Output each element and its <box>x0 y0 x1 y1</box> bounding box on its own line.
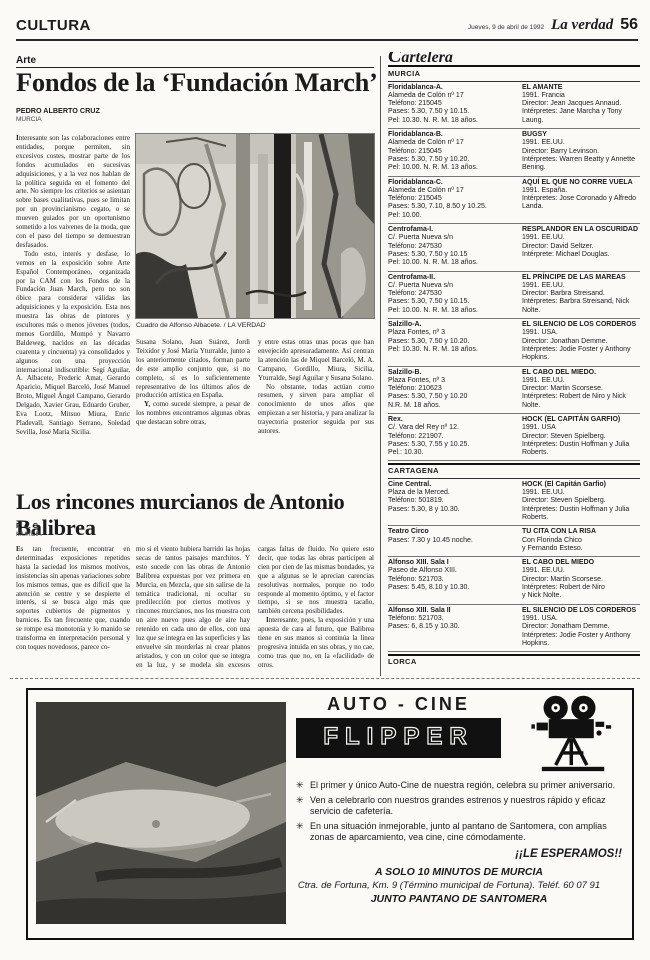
venue-details: Paseo de Alfonso XIII. Teléfono: 521703.… <box>388 567 514 592</box>
image-caption: Cuadro de Alfonso Albacete. / LA VERDAD <box>136 322 374 329</box>
article1-column-2: Susana Solano, Juan Suárez, Jordi Teixid… <box>136 338 250 488</box>
film-details: 1991. Francia Director: Jean Jacques Ann… <box>522 92 640 125</box>
cartelera-title: Cartelera <box>388 52 640 67</box>
film-title: RESPLANDOR EN LA OSCURIDAD <box>522 226 640 234</box>
venue-details: C/. Puerta Nueva s/n Teléfono: 247530 Pa… <box>388 282 514 315</box>
listing-entry: Cine Central.Plaza de la Merced. Teléfon… <box>388 479 640 526</box>
film-title: EL SILENCIO DE LOS CORDEROS <box>522 321 640 329</box>
film-details: 1991. USA. Director: Jonathan Demme. Int… <box>522 329 640 362</box>
byline-author: P. A. C. <box>16 521 42 530</box>
city-header-cartagena: CARTAGENA <box>388 463 640 478</box>
venue-details: Pases: 7.30 y 10.45 noche. <box>388 537 514 545</box>
paragraph: Y, como sucede siempre, a pesar de los n… <box>136 400 250 427</box>
film-details: 1991. EE.UU. Director: Martin Scorsese. … <box>522 377 640 410</box>
film-title: BUGSY <box>522 131 640 139</box>
venue-details: Alameda de Colón nº 17 Teléfono: 215045 … <box>388 139 514 172</box>
venue-name: Centrofama-II. <box>388 274 514 282</box>
paragraph: mo si el viento hubiera barrido las hoja… <box>136 545 250 671</box>
listing-entry: Rex.C/. Vara del Rey nº 12. Teléfono: 22… <box>388 414 640 461</box>
listing-entry: Floridablanca-C.Alameda de Colón nº 17 T… <box>388 177 640 224</box>
film-details: 1991. EE.UU. Director: Martin Scorsese. … <box>522 567 640 600</box>
column-divider <box>380 56 381 676</box>
paragraph: Todo esto, interés y desfase, lo vemos e… <box>16 250 130 437</box>
venue-name: Cine Central. <box>388 481 514 489</box>
city-header-lorca: LORCA <box>388 654 640 666</box>
listing-entry: Teatro CircoPases: 7.30 y 10.45 noche. T… <box>388 526 640 557</box>
article1-headline: Fondos de la ‘Fundación March’ <box>16 67 380 98</box>
article2-byline: P. A. C. MURCIA <box>16 521 42 538</box>
paragraph: Interesante, pues, la exposición y una a… <box>258 616 374 669</box>
film-title: TU CITA CON LA RISA <box>522 528 640 536</box>
listing-entry: Centrofama-I.C/. Puerta Nueva s/n Teléfo… <box>388 224 640 271</box>
listing-entry: Alfonso XIII. Sala IITeléfono: 521703. P… <box>388 605 640 652</box>
film-details: 1991. USA Director: Steven Spielberg. In… <box>522 424 640 457</box>
film-title: HOCK (EL CAPITÁN GARFIO) <box>522 416 640 424</box>
film-title: EL AMANTE <box>522 84 640 92</box>
film-title: EL CABO DEL MIEDO. <box>522 369 640 377</box>
byline-place: MURCIA <box>16 116 100 123</box>
star-bullet-icon: ✳ <box>296 780 305 792</box>
venue-details: Teléfono: 521703. Pases: 6, 8.15 y 10.30… <box>388 615 514 632</box>
newspaper-page: CULTURA Jueves, 9 de abril de 1992 La ve… <box>0 0 650 960</box>
venue-name: Teatro Circo <box>388 528 514 536</box>
venue-name: Rex. <box>388 416 514 424</box>
page-header: CULTURA Jueves, 9 de abril de 1992 La ve… <box>16 16 638 41</box>
venue-name: Floridablanca-A. <box>388 84 514 92</box>
listing-entry: Salzillo-A.Plaza Fontes, nº 3 Pases: 5.3… <box>388 319 640 366</box>
listing-entry: Alfonso XIII. Sala IPaseo de Alfonso XII… <box>388 557 640 604</box>
ad-location-line: JUNTO PANTANO DE SANTOMERA <box>296 893 622 905</box>
paragraph: y entre estas otras unas pocas que han e… <box>258 338 374 383</box>
film-title: HOCK (El Capitán Garfio) <box>522 481 640 489</box>
ad-bullet-list: ✳El primer y único Auto-Cine de nuestra … <box>296 780 622 844</box>
header-right: Jueves, 9 de abril de 1992 La verdad 56 <box>468 16 638 34</box>
ad-distance-line: A SOLO 10 MINUTOS DE MURCIA <box>296 866 622 878</box>
byline-place: MURCIA <box>16 531 42 538</box>
ad-content: AUTO - CINE FLIPPER ✳El primer <box>296 694 622 905</box>
page-number: 56 <box>620 16 638 34</box>
film-details: 1991. EE.UU. Director: David Seltzer. In… <box>522 234 640 259</box>
venue-name: Floridablanca-B. <box>388 131 514 139</box>
masthead: La verdad <box>551 17 613 34</box>
listing-entry: Floridablanca-B.Alameda de Colón nº 17 T… <box>388 129 640 176</box>
venue-details: C/. Puerta Nueva s/n Teléfono: 247530 Pa… <box>388 234 514 267</box>
paragraph: cargas faltas de fluido. No quiere esto … <box>258 545 374 616</box>
article2-column-2: mo si el viento hubiera barrido las hoja… <box>136 545 250 671</box>
article2-headline: Los rincones murcianos de Antonio Balibr… <box>16 489 382 541</box>
ad-bullet: ✳En una situación inmejorable, junto al … <box>296 821 622 844</box>
section-title: CULTURA <box>16 17 91 34</box>
film-details: 1991. USA. Director: Jonatham Demme. Int… <box>522 615 640 648</box>
article1-byline: PEDRO ALBERTO CRUZ MURCIA <box>16 106 100 123</box>
film-title: EL SILENCIO DE LOS CORDEROS <box>522 607 640 615</box>
auto-cine-flipper-ad: AUTO - CINE FLIPPER ✳El primer <box>26 688 634 940</box>
listing-entry: Salzillo-B.Plaza Fontes, nº 3 Teléfono: … <box>388 367 640 414</box>
byline-author: PEDRO ALBERTO CRUZ <box>16 106 100 115</box>
venue-name: Alfonso XIII. Sala II <box>388 607 514 615</box>
film-details: 1991. EE.UU. Director: Barry Levinson. I… <box>522 139 640 172</box>
star-bullet-icon: ✳ <box>296 795 305 818</box>
ad-bullet-text: El primer y único Auto-Cine de nuestra r… <box>310 780 615 792</box>
listing-entry: Centrofama-II.C/. Puerta Nueva s/n Teléf… <box>388 272 640 319</box>
ad-bullet: ✳Ven a celebrarlo con nuestros grandes e… <box>296 795 622 818</box>
venue-details: C/. Vara del Rey nº 12. Teléfono: 221907… <box>388 424 514 457</box>
venue-details: Alameda de Colón nº 17 Teléfono: 215045 … <box>388 187 514 220</box>
listing-entry: Floridablanca-A.Alameda de Colón nº 17 T… <box>388 82 640 129</box>
article2-column-1: Es tan frecuente, encontrar en determina… <box>16 545 130 671</box>
venue-name: Salzillo-B. <box>388 369 514 377</box>
film-details: 1991. EE.UU. Director: Steven Spielberg.… <box>522 489 640 522</box>
venue-name: Salzillo-A. <box>388 321 514 329</box>
film-details: Con Florinda Chico y Fernando Esteso. <box>522 537 640 554</box>
film-title: AQUÍ EL QUE NO CORRE VUELA <box>522 179 640 187</box>
ad-closing-line: ¡¡LE ESPERAMOS!! <box>296 848 622 860</box>
film-projector-icon <box>529 694 617 772</box>
venue-details: Plaza Fontes, nº 3 Pases: 5.30, 7.50 y 1… <box>388 329 514 354</box>
article2-column-3: cargas faltas de fluido. No quiere esto … <box>258 545 374 671</box>
ad-bullet-text: Ven a celebrarlo con nuestros grandes es… <box>310 795 622 818</box>
ad-bullet-text: En una situación inmejorable, junto al p… <box>310 821 622 844</box>
city-header-murcia: MURCIA <box>388 68 640 81</box>
paragraph: No obstante, todas actúan como resumen, … <box>258 383 374 436</box>
film-title: EL CABO DEL MIEDO <box>522 559 640 567</box>
abstract-painting-image <box>136 134 374 318</box>
article1-column-1: Interesante son las colaboraciones entre… <box>16 134 130 490</box>
ad-auto-cine-text: AUTO - CINE <box>296 694 501 715</box>
paragraph: Es tan frecuente, encontrar en determina… <box>16 545 130 652</box>
article1-column-3: y entre estas otras unas pocas que han e… <box>258 338 374 488</box>
aerial-photo <box>36 702 286 924</box>
venue-details: Plaza de la Merced. Teléfono: 501819. Pa… <box>388 489 514 514</box>
star-bullet-icon: ✳ <box>296 821 305 844</box>
cartelera-listings: Cartelera MURCIA Floridablanca-A.Alameda… <box>388 52 640 666</box>
kicker-label: Arte <box>16 55 36 66</box>
venue-name: Floridablanca-C. <box>388 179 514 187</box>
paragraph: Susana Solano, Juan Suárez, Jordi Teixid… <box>136 338 250 400</box>
venue-details: Alameda de Colón nº 17 Teléfono: 215045 … <box>388 92 514 125</box>
film-details: 1991. España. Intérpretes: Jose Coronado… <box>522 187 640 212</box>
dashed-separator <box>10 678 640 679</box>
date: Jueves, 9 de abril de 1992 <box>468 24 544 31</box>
film-title: EL PRÍNCIPE DE LAS MAREAS <box>522 274 640 282</box>
ad-bullet: ✳El primer y único Auto-Cine de nuestra … <box>296 780 622 792</box>
venue-name: Alfonso XIII. Sala I <box>388 559 514 567</box>
venue-name: Centrofama-I. <box>388 226 514 234</box>
film-details: 1991. EE.UU. Director: Barbra Streisand.… <box>522 282 640 315</box>
paragraph: Interesante son las colaboraciones entre… <box>16 134 130 250</box>
flipper-logo: FLIPPER <box>296 718 501 758</box>
ad-address-line: Ctra. de Fortuna, Km. 9 (Término municip… <box>276 880 622 891</box>
venue-details: Plaza Fontes, nº 3 Teléfono: 210623 Pase… <box>388 377 514 410</box>
